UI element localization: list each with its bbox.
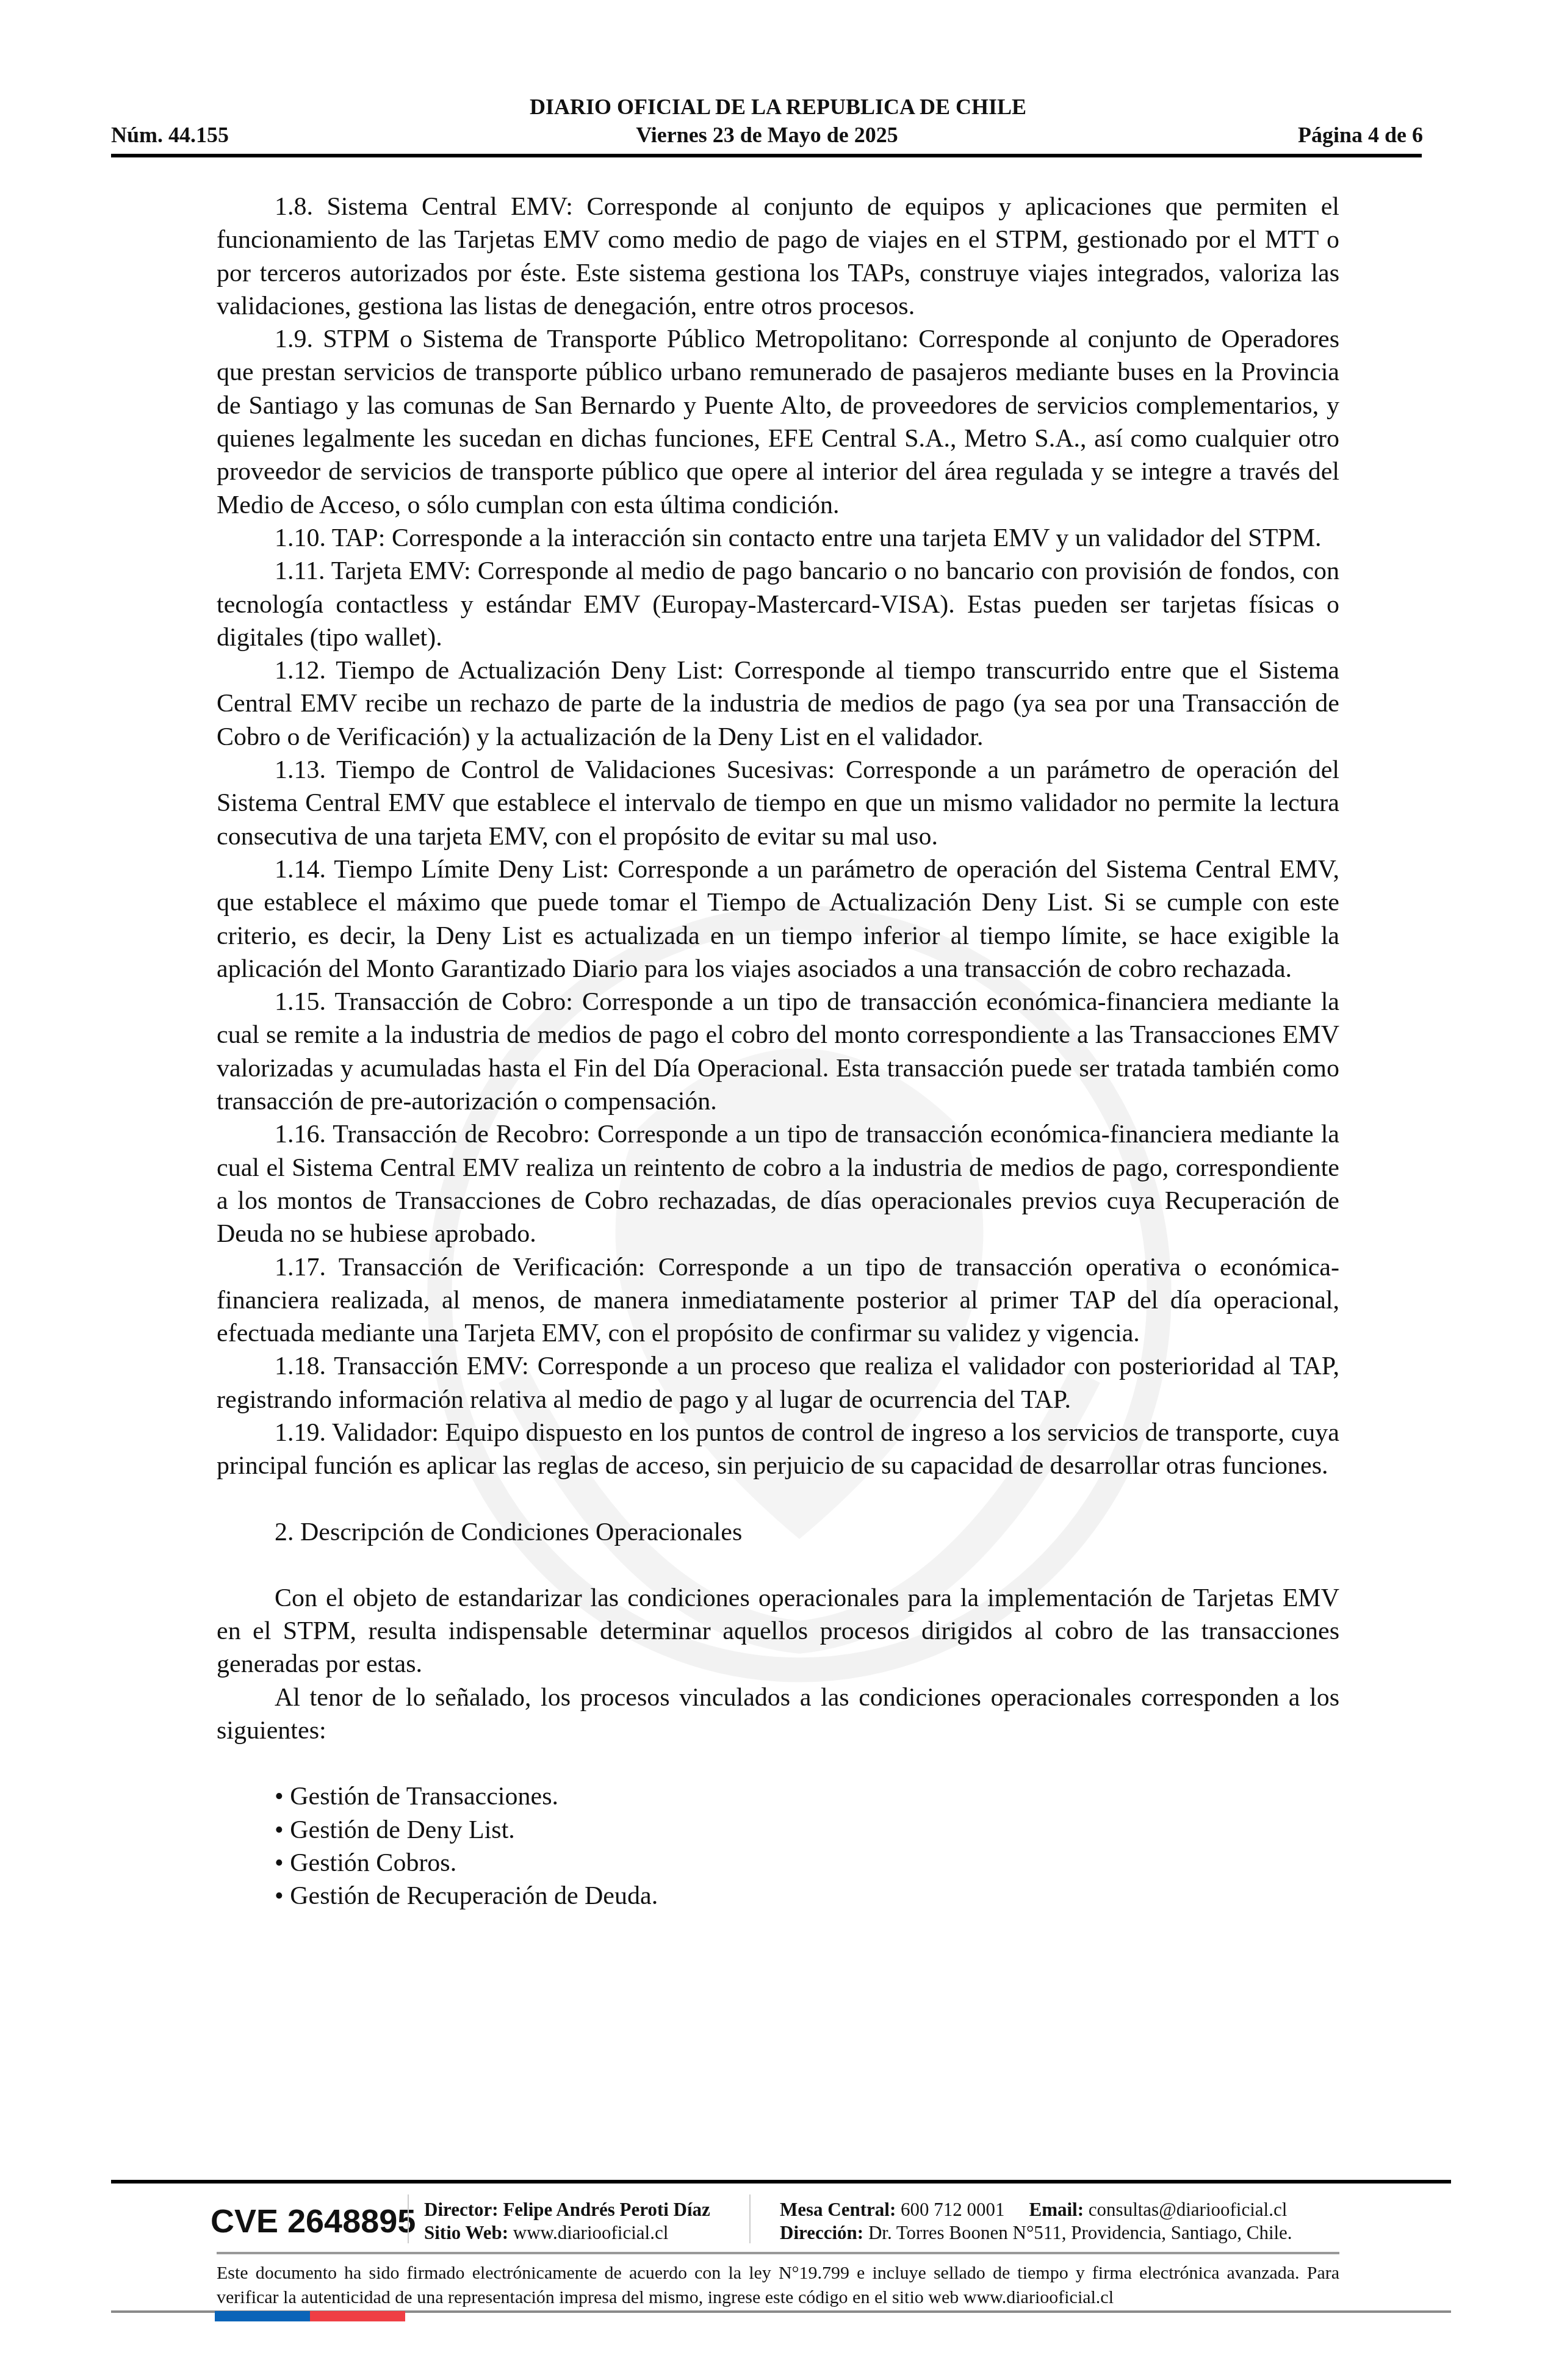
email-label: Email: <box>1029 2199 1084 2220</box>
signature-disclaimer: Este documento ha sido firmado electróni… <box>217 2261 1339 2310</box>
footer-divider <box>111 2180 1451 2183</box>
page-indicator: Página 4 de 6 <box>1298 122 1423 148</box>
paragraph-intro: Con el objeto de estandarizar las condic… <box>217 1582 1339 1681</box>
footer-separator <box>749 2194 751 2243</box>
email-link[interactable]: consultas@diariooficial.cl <box>1089 2199 1288 2220</box>
footer-contact-block: Mesa Central: 600 712 0001Email: consult… <box>780 2198 1292 2245</box>
address-label: Dirección: <box>780 2222 863 2243</box>
definition-1-18: 1.18. Transacción EMV: Corresponde a un … <box>217 1350 1339 1416</box>
cve-code: CVE 2648895 <box>211 2197 416 2246</box>
header-meta-row: Núm. 44.155 Viernes 23 de Mayo de 2025 P… <box>111 122 1423 149</box>
list-item: Gestión de Deny List. <box>275 1814 1339 1847</box>
website-link[interactable]: www.diariooficial.cl <box>513 2222 669 2243</box>
definition-1-11: 1.11. Tarjeta EMV: Corresponde al medio … <box>217 555 1339 654</box>
definition-1-13: 1.13. Tiempo de Control de Validaciones … <box>217 754 1339 853</box>
process-list: Gestión de Transacciones. Gestión de Den… <box>217 1780 1339 1913</box>
publication-date: Viernes 23 de Mayo de 2025 <box>111 122 1423 148</box>
footer-divider <box>217 2252 1339 2254</box>
phone-number: 600 712 0001 <box>901 2199 1005 2220</box>
list-item: Gestión de Transacciones. <box>275 1780 1339 1813</box>
phone-label: Mesa Central: <box>780 2199 896 2220</box>
paragraph-processes: Al tenor de lo señalado, los procesos vi… <box>217 1681 1339 1748</box>
definition-1-12: 1.12. Tiempo de Actualización Deny List:… <box>217 654 1339 754</box>
definition-1-10: 1.10. TAP: Corresponde a la interacción … <box>217 522 1339 555</box>
definition-1-15: 1.15. Transacción de Cobro: Corresponde … <box>217 986 1339 1118</box>
document-body: 1.8. Sistema Central EMV: Corresponde al… <box>217 190 1339 1913</box>
definition-1-14: 1.14. Tiempo Límite Deny List: Correspon… <box>217 853 1339 986</box>
footer-separator <box>408 2194 409 2243</box>
header-divider <box>111 154 1422 157</box>
footer-director-block: Director: Felipe Andrés Peroti Díaz Siti… <box>424 2198 710 2245</box>
website-label: Sitio Web: <box>424 2222 508 2243</box>
director-label: Director: <box>424 2199 499 2220</box>
flag-stripe-red <box>310 2311 405 2321</box>
flag-stripe-blue <box>215 2311 310 2321</box>
definition-1-9: 1.9. STPM o Sistema de Transporte Públic… <box>217 323 1339 522</box>
section-heading: 2. Descripción de Condiciones Operaciona… <box>217 1516 1339 1549</box>
definition-1-8: 1.8. Sistema Central EMV: Corresponde al… <box>217 190 1339 323</box>
list-item: Gestión de Recuperación de Deuda. <box>275 1880 1339 1913</box>
publication-title: DIARIO OFICIAL DE LA REPUBLICA DE CHILE <box>0 94 1556 120</box>
definition-1-16: 1.16. Transacción de Recobro: Correspond… <box>217 1118 1339 1250</box>
definition-1-17: 1.17. Transacción de Verificación: Corre… <box>217 1251 1339 1350</box>
list-item: Gestión Cobros. <box>275 1847 1339 1880</box>
director-name: Felipe Andrés Peroti Díaz <box>503 2199 710 2220</box>
address-value: Dr. Torres Boonen N°511, Providencia, Sa… <box>868 2222 1292 2243</box>
definition-1-19: 1.19. Validador: Equipo dispuesto en los… <box>217 1416 1339 1483</box>
